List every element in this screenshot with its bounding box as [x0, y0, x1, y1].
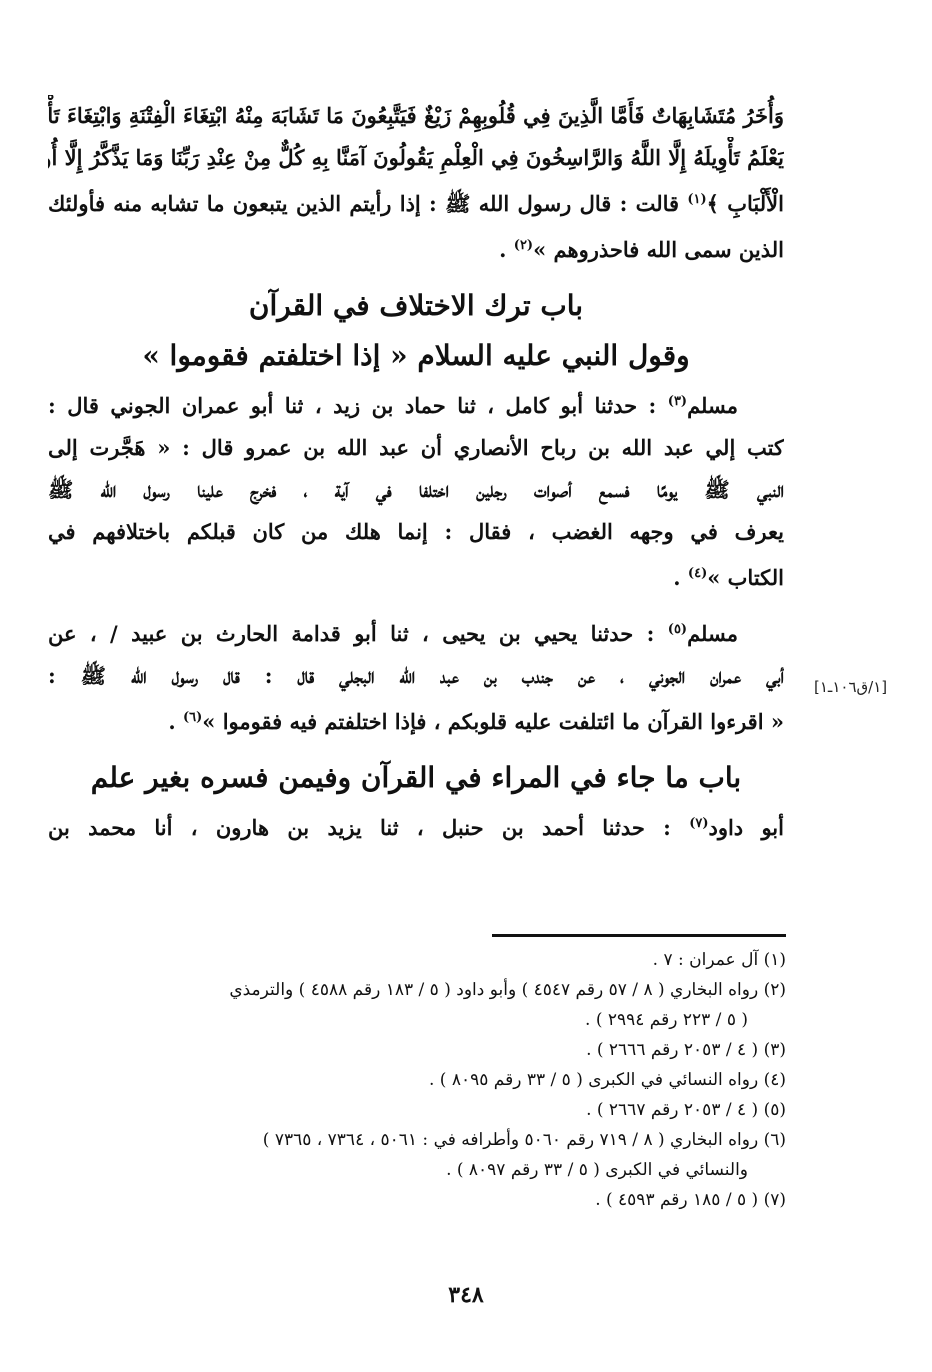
- hadith-text: « اقرءوا القرآن ما ائتلفت عليه قلوبكم ، …: [202, 709, 784, 734]
- verse-end: الْأَلْبَابِ ﴾: [707, 191, 784, 216]
- hadith-line: النبي ﷺ يومًا فسمع أصوات رجلين اختلفا في…: [48, 469, 784, 511]
- quran-verse-line: الْأَلْبَابِ ﴾(١) قالت : قال رسول الله ﷺ…: [48, 179, 784, 225]
- page-number: ٣٤٨: [0, 1282, 932, 1308]
- footnote-mark: (٥): [668, 622, 687, 637]
- quran-verse-line: يَعْلَمُ تَأْوِيلَهُ إِلَّا اللَّهُ وَال…: [48, 137, 784, 179]
- footnote: (٦) رواه البخاري ( ٨ / ٧١٩ رقم ٥٠٦٠ وأطر…: [20, 1125, 786, 1155]
- footnote: (٧) ( ٥ / ١٨٥ رقم ٤٥٩٣ ) .: [20, 1185, 786, 1215]
- footnote-mark: (١): [687, 192, 706, 207]
- main-text: وَأُخَرُ مُتَشَابِهَاتٌ فَأَمَّا الَّذِي…: [48, 95, 784, 849]
- manuscript-folio-marker: [١/ق١٠٦ـ١]: [814, 678, 887, 696]
- footnote: (٣) ( ٤ / ٢٠٥٣ رقم ٢٦٦٦ ) .: [20, 1035, 786, 1065]
- hadith-line: يعرف في وجهه الغضب ، فقال : إنما هلك من …: [48, 511, 784, 553]
- chapter-subheading: وقول النبي عليه السلام « إذا اختلفتم فقو…: [48, 331, 784, 381]
- footnote-separator: [492, 934, 786, 937]
- footnote: (٥) ( ٤ / ٢٠٥٣ رقم ٢٦٦٧ ) .: [20, 1095, 786, 1125]
- quran-verse-line: وَأُخَرُ مُتَشَابِهَاتٌ فَأَمَّا الَّذِي…: [48, 95, 784, 137]
- hadith-text: الذين سمى الله فاحذروهم »: [533, 237, 784, 262]
- hadith-text: : حدثنا أحمد بن حنبل ، ثنا يزيد بن هارون…: [48, 815, 689, 840]
- hadith-source: مسلم: [687, 393, 738, 418]
- hadith-text: : حدثنا أبو كامل ، ثنا حماد بن زيد ، ثنا…: [48, 393, 668, 418]
- hadith-source: أبو داود: [708, 815, 784, 840]
- footnotes: (١) آل عمران : ٧ . (٢) رواه البخاري ( ٨ …: [20, 945, 786, 1215]
- footnote-mark: (٧): [689, 816, 708, 831]
- hadith-text: الكتاب »: [707, 565, 784, 590]
- footnote-continuation: ( ٥ / ٢٢٣ رقم ٢٩٩٤ ) .: [20, 1005, 786, 1035]
- footnote-continuation: والنسائي في الكبرى ( ٥ / ٣٣ رقم ٨٠٩٧ ) .: [20, 1155, 786, 1185]
- hadith-line: مسلم(٣) : حدثنا أبو كامل ، ثنا حماد بن ز…: [48, 381, 784, 427]
- hadith-line: أبي عمران الجوني ، عن جندب بن عبد الله ا…: [48, 655, 784, 697]
- period: .: [168, 709, 183, 734]
- hadith-line: كتب إلي عبد الله بن رباح الأنصاري أن عبد…: [48, 427, 784, 469]
- footnote-mark: (٣): [668, 394, 687, 409]
- chapter-heading: باب ترك الاختلاف في القرآن: [48, 281, 784, 331]
- chapter-heading: باب ما جاء في المراء في القرآن وفيمن فسر…: [48, 753, 784, 803]
- footnote-mark: (٢): [514, 238, 533, 253]
- hadith-line: أبو داود(٧) : حدثنا أحمد بن حنبل ، ثنا ي…: [48, 803, 784, 849]
- footnote-mark: (٦): [183, 710, 202, 725]
- footnote-mark: (٤): [688, 566, 707, 581]
- hadith-text: قالت : قال رسول الله ﷺ : إذا رأيتم الذين…: [48, 191, 687, 216]
- footnote: (٤) رواه النسائي في الكبرى ( ٥ / ٣٣ رقم …: [20, 1065, 786, 1095]
- hadith-line: مسلم(٥) : حدثنا يحيي بن يحيى ، ثنا أبو ق…: [48, 609, 784, 655]
- footnote: (٢) رواه البخاري ( ٨ / ٥٧ رقم ٤٥٤٧ ) وأب…: [20, 975, 786, 1005]
- hadith-text: : حدثنا يحيي بن يحيى ، ثنا أبو قدامة الح…: [48, 621, 668, 646]
- hadith-line: الكتاب »(٤) .: [48, 553, 784, 599]
- footnote: (١) آل عمران : ٧ .: [20, 945, 786, 975]
- period: .: [673, 565, 688, 590]
- hadith-line: « اقرءوا القرآن ما ائتلفت عليه قلوبكم ، …: [48, 697, 784, 743]
- hadith-line: الذين سمى الله فاحذروهم »(٢) .: [48, 225, 784, 271]
- hadith-source: مسلم: [687, 621, 738, 646]
